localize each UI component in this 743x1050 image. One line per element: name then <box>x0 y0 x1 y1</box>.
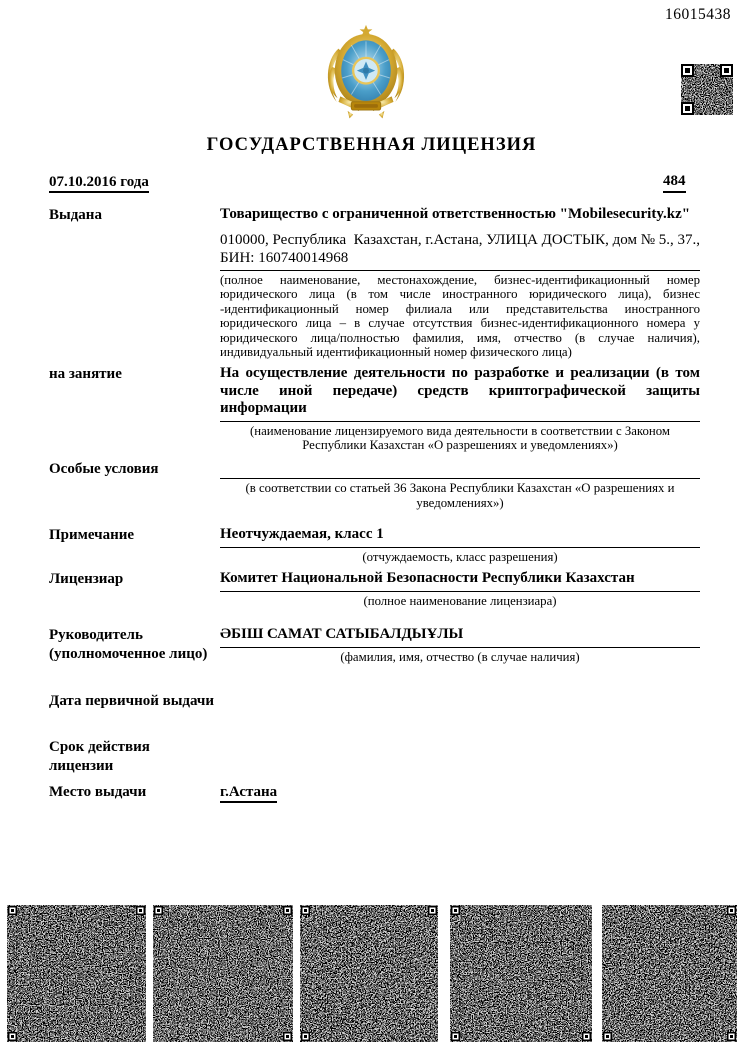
field-issue-place: Место выдачи г.Астана <box>49 783 700 801</box>
document-serial-number: 16015438 <box>665 6 731 24</box>
field-issued-to: Выдана Товарищество с ограниченной ответ… <box>49 206 700 360</box>
field-underline <box>220 547 700 548</box>
validity-label-line1: Срок действия <box>49 738 217 757</box>
field-label: Место выдачи <box>49 783 217 802</box>
field-caption: (полное наименование лицензиара) <box>220 594 700 609</box>
licensor-value: Комитет Национальной Безопасности Респуб… <box>220 570 700 588</box>
field-underline <box>220 647 700 648</box>
barcode-block-icon <box>450 905 592 1042</box>
barcode-block-icon <box>300 905 438 1042</box>
field-underline <box>220 270 700 271</box>
barcode-block-icon <box>602 905 737 1042</box>
licensee-name: Товарищество с ограниченной ответственно… <box>220 206 700 224</box>
activity-value: На осуществление деятельности по разрабо… <box>220 365 700 418</box>
field-label: Дата первичной выдачи <box>49 692 309 711</box>
note-value: Неотчуждаемая, класс 1 <box>220 526 700 544</box>
field-label: Лицензиар <box>49 570 217 589</box>
field-underline <box>220 478 700 479</box>
barcode-block-icon <box>153 905 293 1042</box>
barcode-block-icon <box>7 905 146 1042</box>
field-special-conditions: Особые условия (в соответствии со статье… <box>49 460 700 510</box>
page-title: ГОСУДАРСТВЕННАЯ ЛИЦЕНЗИЯ <box>0 135 743 156</box>
field-note: Примечание Неотчуждаемая, класс 1 (отчуж… <box>49 526 700 564</box>
field-underline <box>220 591 700 592</box>
field-label: Выдана <box>49 206 217 225</box>
field-label: Примечание <box>49 526 217 545</box>
head-label-line1: Руководитель <box>49 626 217 645</box>
date-number-row: 07.10.2016 года 484 <box>49 173 700 193</box>
empty-value-space <box>220 460 700 475</box>
field-licensor: Лицензиар Комитет Национальной Безопасно… <box>49 570 700 608</box>
validity-label-line2: лицензии <box>49 757 217 776</box>
field-label: Руководитель (уполномоченное лицо) <box>49 626 217 664</box>
head-label-line2: (уполномоченное лицо) <box>49 645 217 664</box>
field-caption: (в соответствии со статьей 36 Закона Рес… <box>220 481 700 510</box>
license-number: 484 <box>663 173 686 193</box>
field-activity: на занятие На осуществление деятельности… <box>49 365 700 453</box>
qr-code-icon <box>678 61 736 118</box>
field-caption: (наименование лицензируемого вида деятел… <box>220 424 700 453</box>
field-label: Срок действия лицензии <box>49 738 217 776</box>
field-caption: (фамилия, имя, отчество (в случае наличи… <box>220 650 700 665</box>
license-document-page: 16015438 <box>0 0 743 1050</box>
issue-place-value: г.Астана <box>220 784 277 803</box>
field-label: Особые условия <box>49 460 217 479</box>
field-caption: (отчуждаемость, класс разрешения) <box>220 550 700 565</box>
field-label: на занятие <box>49 365 217 384</box>
field-caption: (полное наименование, местонахождение, б… <box>220 273 700 361</box>
field-underline <box>220 421 700 422</box>
kazakhstan-coat-of-arms-icon <box>320 23 412 122</box>
licensee-bin: БИН: 160740014968 <box>220 249 700 267</box>
barcode-strip <box>0 905 743 1042</box>
issue-date: 07.10.2016 года <box>49 174 149 193</box>
licensee-address: 010000, Республика Казахстан, г.Астана, … <box>220 231 700 249</box>
field-head: Руководитель (уполномоченное лицо) ӘБІШ … <box>49 626 700 664</box>
head-value: ӘБІШ САМАТ САТЫБАЛДЫҰЛЫ <box>220 626 700 644</box>
